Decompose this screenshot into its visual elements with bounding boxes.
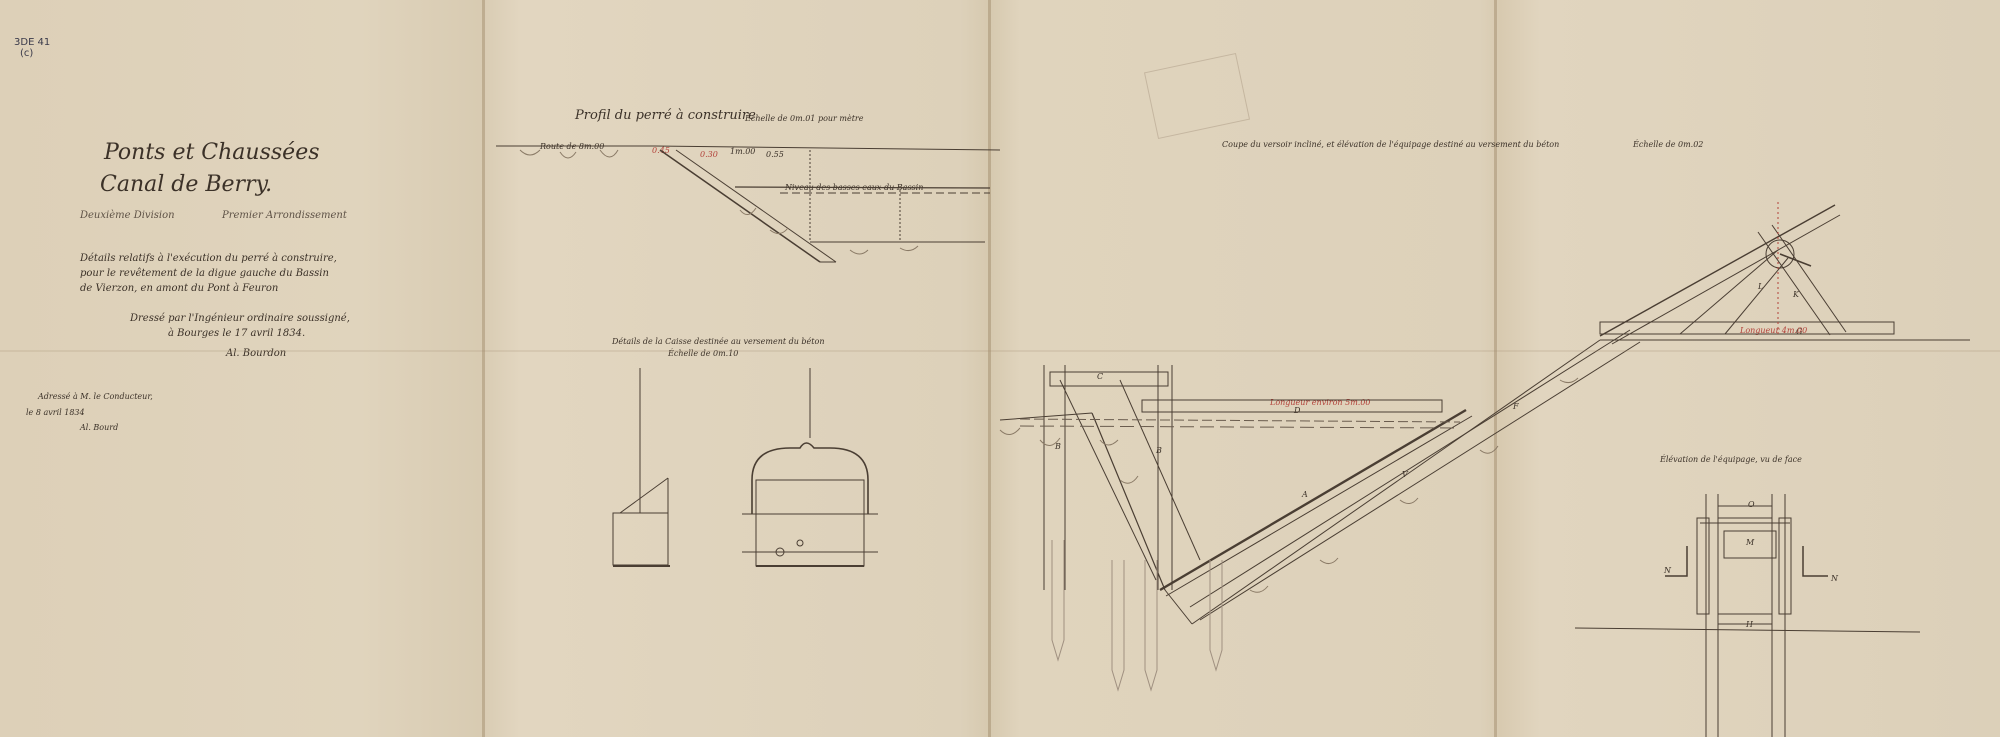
profile-drawing <box>496 146 1000 262</box>
inclined-chute-drawing <box>1000 202 1970 690</box>
bucket-side-view <box>613 368 670 566</box>
technical-drawings <box>0 0 2000 737</box>
archival-drawing-sheet: 3DE 41 (c) Ponts et Chaussées Canal de B… <box>0 0 2000 737</box>
crane-front-elevation <box>1575 494 1920 737</box>
bucket-front-view <box>742 368 878 566</box>
